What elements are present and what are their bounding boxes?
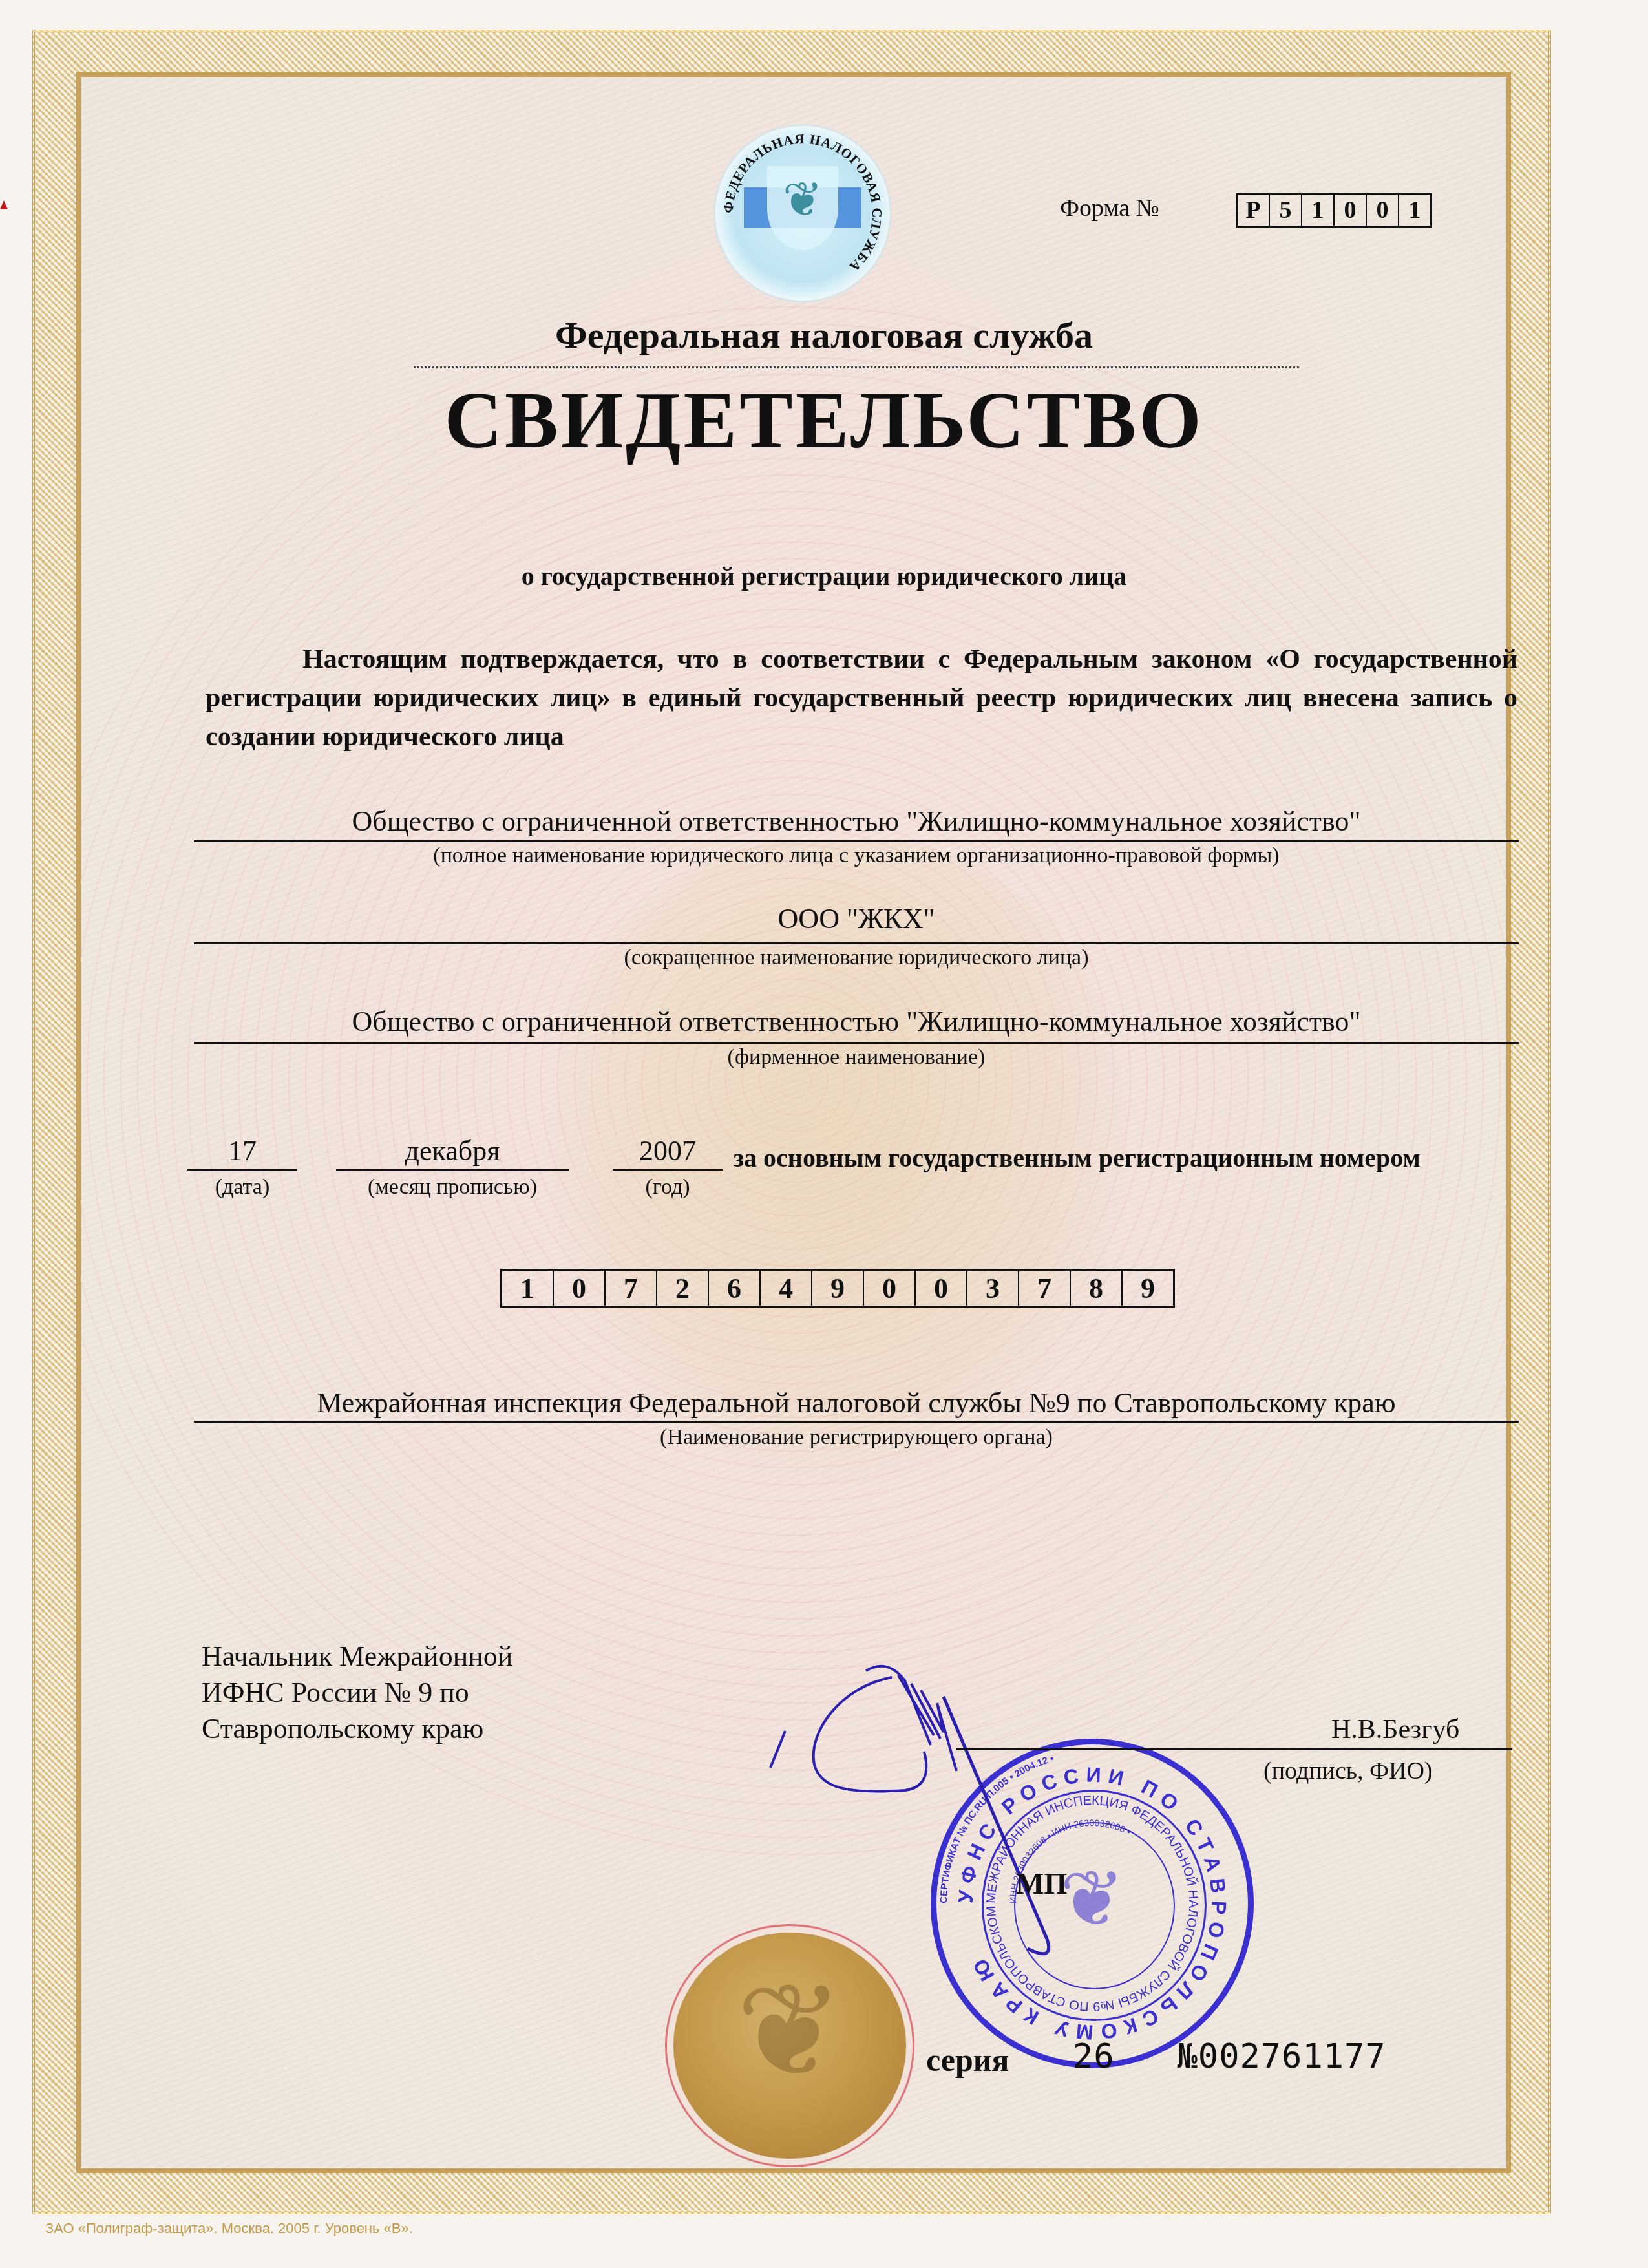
registrar-line bbox=[194, 1421, 1519, 1423]
full-name-line bbox=[194, 840, 1519, 842]
ogrn-digit: 9 bbox=[1123, 1271, 1173, 1306]
certificate-subtitle: о государственной регистрации юридическо… bbox=[0, 561, 1648, 591]
stamp-place-label: МП bbox=[1016, 1867, 1067, 1901]
ogrn-digit: 4 bbox=[761, 1271, 812, 1306]
short-name-caption: (сокращенное наименование юридического л… bbox=[194, 946, 1519, 970]
ogrn-digit: 6 bbox=[709, 1271, 761, 1306]
ogrn-digit: 8 bbox=[1071, 1271, 1123, 1306]
fns-hologram: ❦ ФЕДЕРАЛЬНАЯ НАЛОГОВАЯ СЛУЖБА bbox=[715, 126, 890, 301]
brand-name-line bbox=[194, 1042, 1519, 1044]
guilloche-pattern bbox=[76, 305, 1511, 1856]
ogrn-digit: 0 bbox=[916, 1271, 967, 1306]
ogrn-digit: 0 bbox=[554, 1271, 606, 1306]
ogrn-digit: 2 bbox=[657, 1271, 709, 1306]
red-corner-mark bbox=[0, 200, 8, 209]
date-month-line bbox=[336, 1169, 569, 1171]
registrar-caption: (Наименование регистрирующего органа) bbox=[194, 1425, 1519, 1450]
form-number-boxes: Р 5 1 0 0 1 bbox=[1236, 193, 1432, 228]
ogrn-digit: 7 bbox=[606, 1271, 657, 1306]
hologram-text: ФЕДЕРАЛЬНАЯ НАЛОГОВАЯ СЛУЖБА bbox=[721, 131, 885, 275]
registration-phrase: за основным государственным регистрацион… bbox=[734, 1143, 1421, 1173]
form-code-cell: Р bbox=[1238, 195, 1270, 226]
form-code-cell: 0 bbox=[1367, 195, 1399, 226]
confirmation-paragraph: Настоящим подтверждается, что в соответс… bbox=[206, 640, 1517, 756]
series-number: 26 №002761177 bbox=[1073, 2037, 1386, 2076]
handwritten-signature bbox=[743, 1655, 1163, 1978]
form-code-cell: 5 bbox=[1270, 195, 1302, 226]
short-name-line bbox=[194, 942, 1519, 944]
date-day-caption: (дата) bbox=[187, 1175, 297, 1200]
registrar-value: Межрайонная инспекция Федеральной налого… bbox=[194, 1386, 1519, 1419]
certificate-title: СВИДЕТЕЛЬСТВО bbox=[0, 375, 1648, 467]
date-day-line bbox=[187, 1169, 297, 1171]
form-number-label: Форма № bbox=[1060, 194, 1159, 222]
signature-caption: (подпись, ФИО) bbox=[1263, 1757, 1433, 1785]
printer-imprint: ЗАО «Полиграф-защита». Москва. 2005 г. У… bbox=[45, 2220, 413, 2237]
form-code-cell: 1 bbox=[1302, 195, 1335, 226]
date-day: 17 bbox=[187, 1134, 297, 1167]
svg-text:ФЕДЕРАЛЬНАЯ НАЛОГОВАЯ СЛУЖБА: ФЕДЕРАЛЬНАЯ НАЛОГОВАЯ СЛУЖБА bbox=[721, 131, 885, 275]
date-year-caption: (год) bbox=[613, 1175, 723, 1200]
signature-line bbox=[956, 1748, 1512, 1750]
ogrn-boxes: 1 0 7 2 6 4 9 0 0 3 7 8 9 bbox=[500, 1269, 1175, 1308]
short-name-value: ООО "ЖКХ" bbox=[194, 902, 1519, 935]
brand-name-caption: (фирменное наименование) bbox=[194, 1045, 1519, 1070]
agency-divider bbox=[414, 366, 1299, 368]
date-month: декабря bbox=[336, 1134, 569, 1167]
brand-name-value: Общество с ограниченной ответственностью… bbox=[194, 1005, 1519, 1038]
agency-name: Федеральная налоговая служба bbox=[0, 313, 1648, 357]
chief-title: Начальник Межрайонной ИФНС России № 9 по… bbox=[202, 1638, 512, 1747]
full-name-value: Общество с ограниченной ответственностью… bbox=[194, 805, 1519, 838]
ogrn-digit: 3 bbox=[967, 1271, 1019, 1306]
date-year: 2007 bbox=[613, 1134, 723, 1167]
ogrn-digit: 7 bbox=[1019, 1271, 1071, 1306]
full-name-caption: (полное наименование юридического лица с… bbox=[194, 843, 1519, 868]
ogrn-digit: 9 bbox=[812, 1271, 864, 1306]
signer-name: Н.В.Безгуб bbox=[1331, 1714, 1459, 1745]
form-code-cell: 0 bbox=[1335, 195, 1367, 226]
date-year-line bbox=[613, 1169, 723, 1171]
ogrn-digit: 0 bbox=[864, 1271, 916, 1306]
form-code-cell: 1 bbox=[1399, 195, 1430, 226]
series-label: серия bbox=[926, 2041, 1009, 2079]
double-headed-eagle-icon: ❦ bbox=[673, 1968, 906, 2097]
date-month-caption: (месяц прописью) bbox=[336, 1175, 569, 1200]
ogrn-digit: 1 bbox=[502, 1271, 554, 1306]
